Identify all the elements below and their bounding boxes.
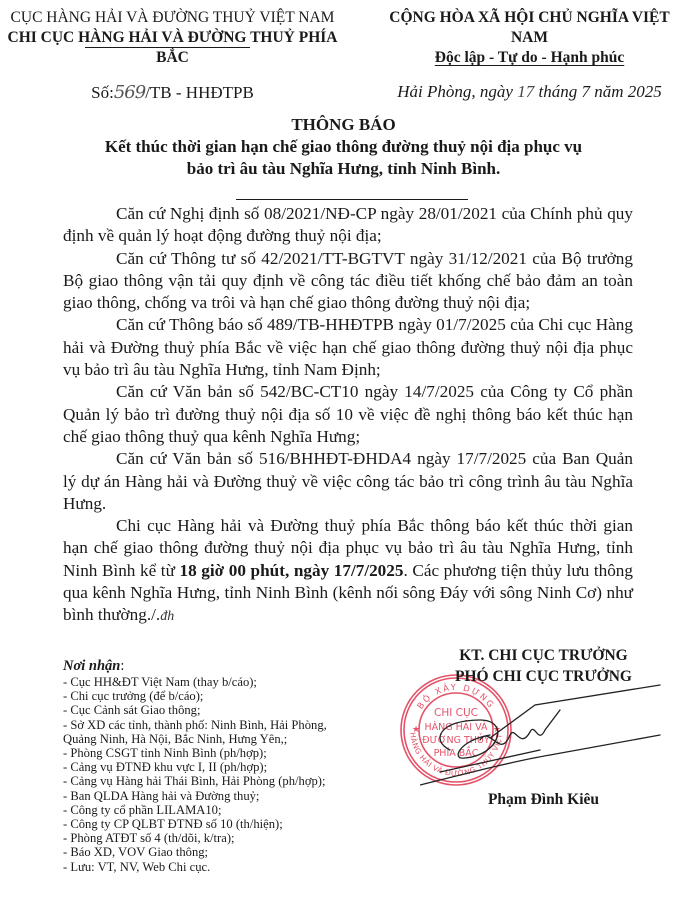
number-prefix: Số: xyxy=(91,83,114,102)
date-prefix: Hải Phòng, ngày xyxy=(397,82,517,101)
recipient-item: - Công ty cổ phần LILAMA10; xyxy=(63,803,363,817)
recipient-item: - Sở XD các tỉnh, thành phố: Ninh Bình, … xyxy=(63,718,363,746)
effective-time: 18 giờ 00 phút, ngày 17/7/2025 xyxy=(180,561,404,580)
sub-agency-underline xyxy=(85,47,250,48)
recipient-item: - Cục Cảnh sát Giao thông; xyxy=(63,703,363,717)
number-handwritten: 569 xyxy=(114,82,145,103)
legal-basis-paragraph: Căn cứ Thông báo số 489/TB-HHĐTPB ngày 0… xyxy=(63,314,633,381)
number-suffix: /TB - HHĐTPB xyxy=(145,83,254,102)
recipient-item: - Chi cục trưởng (để b/cáo); xyxy=(63,689,363,703)
recipient-item: - Ban QLDA Hàng hải và Đường thuỷ; xyxy=(63,789,363,803)
recipient-item: - Báo XD, VOV Giao thông; xyxy=(63,845,363,859)
national-header: CỘNG HÒA XÃ HỘI CHỦ NGHĨA VIỆT NAM Độc l… xyxy=(372,8,687,102)
document-number: Số:569/TB - HHĐTPB xyxy=(0,82,345,103)
recipient-item: - Công ty CP QLBT ĐTNĐ số 10 (th/hiện); xyxy=(63,817,363,831)
recipients-heading-text: Nơi nhận xyxy=(63,658,120,674)
signer-role-line1: KT. CHI CỤC TRƯỞNG xyxy=(400,645,687,666)
legal-basis-paragraph: Căn cứ Thông tư số 42/2021/TT-BGTVT ngày… xyxy=(63,248,633,315)
signer-role-line2: PHÓ CHI CỤC TRƯỞNG xyxy=(400,666,687,687)
issue-date: Hải Phòng, ngày 17 tháng 7 năm 2025 xyxy=(372,82,687,102)
recipients-heading: Nơi nhận: xyxy=(63,657,363,675)
notice-body: Căn cứ Nghị định số 08/2021/NĐ-CP ngày 2… xyxy=(63,203,633,629)
date-suffix: tháng 7 năm 2025 xyxy=(534,82,662,101)
legal-basis-paragraph: Căn cứ Văn bản số 542/BC-CT10 ngày 14/7/… xyxy=(63,381,633,448)
recipients-items: - Cục HH&ĐT Việt Nam (thay b/cáo);- Chi … xyxy=(63,675,363,874)
motto-text: Độc lập - Tự do - Hạnh phúc xyxy=(435,49,624,66)
national-motto: Độc lập - Tự do - Hạnh phúc xyxy=(372,48,687,68)
recipients-list: Nơi nhận: - Cục HH&ĐT Việt Nam (thay b/c… xyxy=(63,657,363,874)
recipient-item: - Cảng vụ Hàng hải Thái Bình, Hải Phòng … xyxy=(63,774,363,788)
recipient-item: - Phòng ATĐT số 4 (th/dõi, k/tra); xyxy=(63,831,363,845)
decision-paragraph: Chi cục Hàng hải và Đường thuỷ phía Bắc … xyxy=(63,515,633,628)
date-day-handwritten: 17 xyxy=(517,82,534,101)
recipient-item: - Cục HH&ĐT Việt Nam (thay b/cáo); xyxy=(63,675,363,689)
handwritten-initials: đh xyxy=(160,609,174,624)
handwritten-signature-icon xyxy=(420,680,687,790)
issuing-agency-header: CỤC HÀNG HẢI VÀ ĐƯỜNG THUỶ VIỆT NAM CHI … xyxy=(0,8,345,103)
notice-subject-line2: bảo trì âu tàu Nghĩa Hưng, tỉnh Ninh Bìn… xyxy=(187,158,500,180)
recipient-item: - Phòng CSGT tỉnh Ninh Bình (ph/hợp); xyxy=(63,746,363,760)
recipient-item: - Cảng vụ ĐTNĐ khu vực I, II (ph/hợp); xyxy=(63,760,363,774)
notice-subject-line1: Kết thúc thời gian hạn chế giao thông đư… xyxy=(0,136,687,158)
legal-basis-paragraph: Căn cứ Nghị định số 08/2021/NĐ-CP ngày 2… xyxy=(63,203,633,248)
title-underline xyxy=(236,199,468,200)
notice-kind: THÔNG BÁO xyxy=(0,114,687,136)
nation-name: CỘNG HÒA XÃ HỘI CHỦ NGHĨA VIỆT NAM xyxy=(372,8,687,48)
signer-name: Phạm Đình Kiêu xyxy=(400,791,687,809)
recipient-item: - Lưu: VT, NV, Web Chi cục. xyxy=(63,860,363,874)
legal-basis-paragraph: Căn cứ Văn bản số 516/BHHĐT-ĐHDA4 ngày 1… xyxy=(63,448,633,515)
parent-agency: CỤC HÀNG HẢI VÀ ĐƯỜNG THUỶ VIỆT NAM xyxy=(0,8,345,28)
recipients-heading-colon: : xyxy=(120,658,124,674)
svg-text:★: ★ xyxy=(412,725,420,735)
signature-block: KT. CHI CỤC TRƯỞNG PHÓ CHI CỤC TRƯỞNG Ph… xyxy=(400,645,687,687)
notice-title-block: THÔNG BÁO Kết thúc thời gian hạn chế gia… xyxy=(0,114,687,180)
sub-agency: CHI CỤC HÀNG HẢI VÀ ĐƯỜNG THUỶ PHÍA BẮC xyxy=(0,28,345,68)
